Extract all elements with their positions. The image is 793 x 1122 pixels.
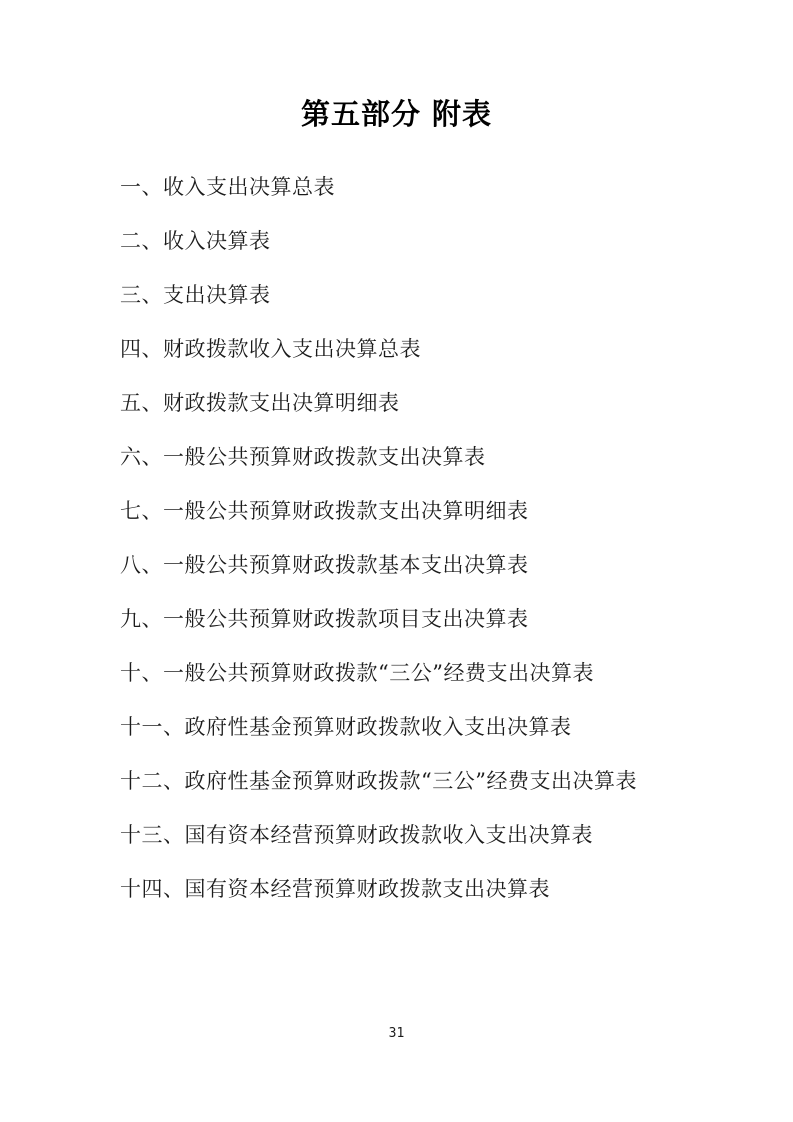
page-footer: 31 xyxy=(0,1022,793,1041)
list-item: 六、一般公共预算财政拨款支出决算表 xyxy=(120,443,713,471)
list-item: 十四、国有资本经营预算财政拨款支出决算表 xyxy=(120,875,713,903)
page-title: 第五部分 附表 xyxy=(0,96,793,132)
list-item: 三、支出决算表 xyxy=(120,281,713,309)
list-item: 九、一般公共预算财政拨款项目支出决算表 xyxy=(120,605,713,633)
document-page: 第五部分 附表 一、收入支出决算总表 二、收入决算表 三、支出决算表 四、财政拨… xyxy=(0,0,793,1122)
list-item: 十一、政府性基金预算财政拨款收入支出决算表 xyxy=(120,713,713,741)
list-item: 一、收入支出决算总表 xyxy=(120,173,713,201)
list-item: 十三、国有资本经营预算财政拨款收入支出决算表 xyxy=(120,821,713,849)
page-number: 31 xyxy=(389,1026,405,1041)
list-item: 五、财政拨款支出决算明细表 xyxy=(120,389,713,417)
list-item: 四、财政拨款收入支出决算总表 xyxy=(120,335,713,363)
list-item: 二、收入决算表 xyxy=(120,227,713,255)
list-item: 八、一般公共预算财政拨款基本支出决算表 xyxy=(120,551,713,579)
list-item: 十二、政府性基金预算财政拨款“三公”经费支出决算表 xyxy=(120,767,713,795)
appendix-table-list: 一、收入支出决算总表 二、收入决算表 三、支出决算表 四、财政拨款收入支出决算总… xyxy=(0,173,793,903)
list-item: 七、一般公共预算财政拨款支出决算明细表 xyxy=(120,497,713,525)
list-item: 十、一般公共预算财政拨款“三公”经费支出决算表 xyxy=(120,659,713,687)
